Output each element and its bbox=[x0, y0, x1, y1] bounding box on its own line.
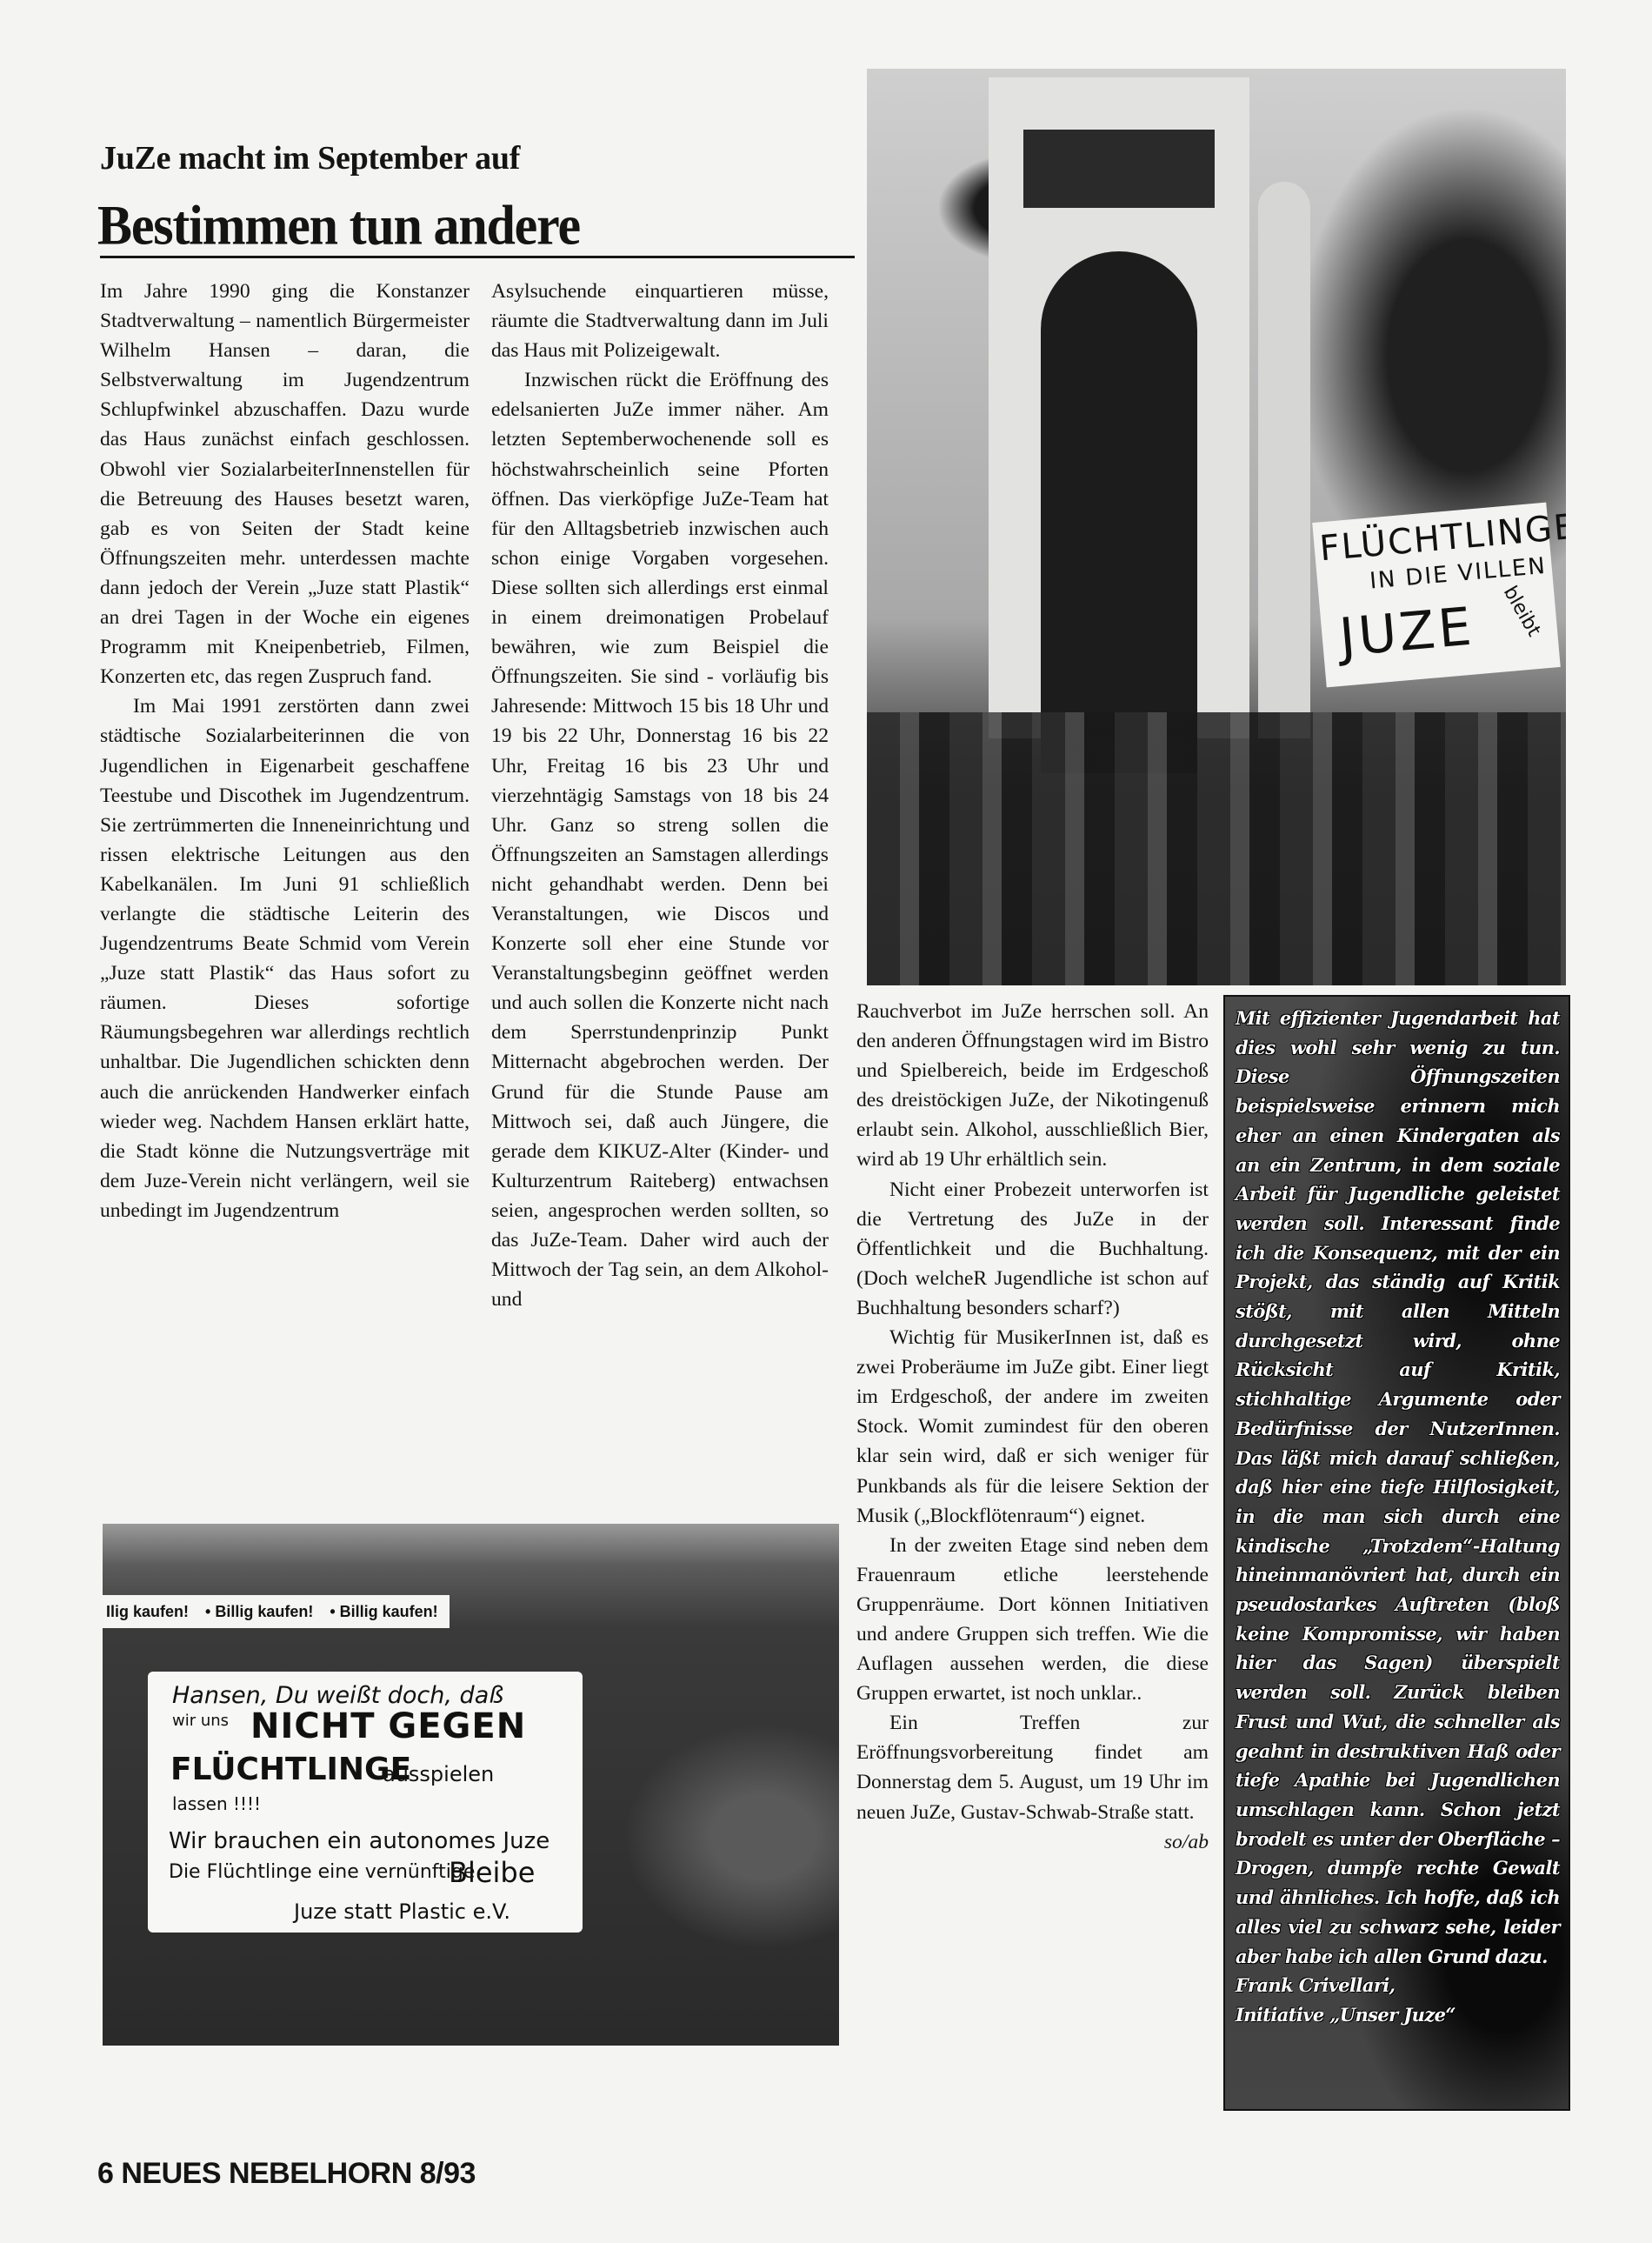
page-footer: 6 NEUES NEBELHORN 8/93 bbox=[97, 2157, 476, 2191]
photo-juze-gate-protest: FLÜCHTLINGE IN DIE VILLEN JUZE bleibt bbox=[867, 69, 1566, 985]
paragraph: Rauchverbot im JuZe herrschen soll. An d… bbox=[856, 997, 1209, 1175]
article-column-2: Asylsuchende einquartieren müsse, räumte… bbox=[491, 277, 829, 1314]
byline: so/ab bbox=[1131, 1827, 1209, 1857]
comment-text: Mit effizienter Jugendarbeit hat dies wo… bbox=[1236, 1004, 1560, 1971]
paragraph: Wichtig für MusikerInnen ist, daß es zwe… bbox=[856, 1323, 1209, 1531]
paragraph: In der zweiten Etage sind neben dem Frau… bbox=[856, 1531, 1209, 1709]
article-column-1: Im Jahre 1990 ging die Konstanzer Stadtv… bbox=[100, 277, 470, 1225]
paragraph: Ein Treffen zur Eröffnungsvorbereitung f… bbox=[856, 1708, 1209, 1826]
comment-affiliation: Initiative „Unser Juze“ bbox=[1236, 2000, 1560, 2030]
comment-box: Mit effizienter Jugendarbeit hat dies wo… bbox=[1223, 995, 1570, 2111]
photo-arch bbox=[989, 77, 1249, 738]
article-kicker: JuZe macht im September auf bbox=[100, 139, 520, 177]
photo-crowd bbox=[867, 712, 1566, 985]
photo-banner-hansen: Ilig kaufen! • Billig kaufen! • Billig k… bbox=[103, 1524, 839, 2046]
article-column-3: Rauchverbot im JuZe herrschen soll. An d… bbox=[856, 997, 1209, 1857]
paragraph: Im Jahre 1990 ging die Konstanzer Stadtv… bbox=[100, 277, 470, 691]
article-headline: Bestimmen tun andere bbox=[97, 193, 580, 258]
protest-banner: Hansen, Du weißt doch, daß wir uns NICHT… bbox=[148, 1672, 583, 1933]
paragraph: Nicht einer Probezeit unterworfen ist di… bbox=[856, 1175, 1209, 1323]
headline-rule bbox=[100, 256, 855, 258]
paragraph: Im Mai 1991 zerstörten dann zwei städtis… bbox=[100, 691, 470, 1225]
paragraph: Asylsuchende einquartieren müsse, räumte… bbox=[491, 277, 829, 365]
paragraph: Inzwischen rückt die Eröffnung des edels… bbox=[491, 365, 829, 1314]
comment-author: Frank Crivellari, bbox=[1236, 1971, 1560, 2000]
protest-banner: FLÜCHTLINGE IN DIE VILLEN JUZE bleibt bbox=[1312, 503, 1561, 688]
shop-sign: Ilig kaufen! • Billig kaufen! • Billig k… bbox=[103, 1595, 450, 1628]
